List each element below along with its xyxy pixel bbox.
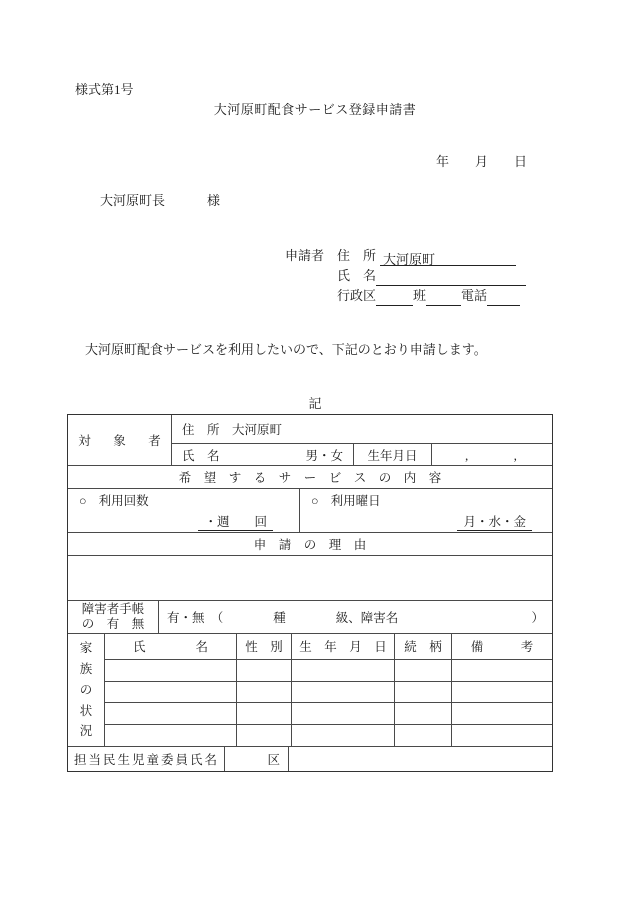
- applicant-block: 申請者住 所大河原町 氏 名 行政区班電話: [285, 246, 526, 306]
- service-header: 希 望 す る サ ー ビ ス の 内 容: [68, 466, 552, 488]
- family-relation-cell: [394, 682, 451, 703]
- service-header-row: 希 望 す る サ ー ビ ス の 内 容: [68, 465, 552, 488]
- disability-content-text: 有・無 （ 種 級、障害名: [167, 608, 398, 626]
- family-sex-cell: [236, 682, 291, 703]
- family-header-sex: 性 別: [236, 634, 291, 659]
- family-note-cell: [451, 725, 552, 746]
- district-suffix-cell: 区: [224, 747, 288, 771]
- usage-days-cell: ○利用曜日 月・水・金: [299, 489, 552, 532]
- family-note-cell: [451, 682, 552, 703]
- family-data-row: [105, 724, 552, 746]
- district-label: 行政区: [337, 288, 376, 303]
- birth-date-value-cell: , ,: [431, 444, 552, 465]
- tel-blank-line: [487, 290, 520, 306]
- family-header-birth: 生 年 月 日: [291, 634, 394, 659]
- family-birth-cell: [291, 725, 394, 746]
- address-label: 住 所: [337, 248, 376, 263]
- family-relation-cell: [394, 660, 451, 681]
- family-section: 家 族 の 状 況 氏 名 性 別 生 年 月 日 続 柄 備 考: [68, 633, 552, 746]
- name-label: 氏 名: [337, 268, 376, 283]
- disability-row: 障害者手帳 の 有 無 有・無 （ 種 級、障害名 ）: [68, 600, 552, 633]
- reason-blank-row: [68, 555, 552, 600]
- usage-row: ○利用回数 ・週 回 ○利用曜日 月・水・金: [68, 488, 552, 532]
- family-data-row: [105, 681, 552, 703]
- family-side-char: 家: [80, 642, 93, 655]
- family-header-name: 氏 名: [105, 634, 236, 659]
- family-sex-cell: [236, 703, 291, 724]
- family-side-char: 況: [80, 725, 93, 738]
- staff-blank-cell: [288, 747, 552, 771]
- staff-label-cell: 担当民生児童委員氏名: [68, 747, 224, 771]
- disability-label-cell: 障害者手帳 の 有 無: [68, 601, 158, 633]
- addressee-name: 大河原町長: [100, 193, 165, 208]
- applicant-district-row: 行政区班電話: [285, 286, 526, 306]
- applicant-label: 申請者: [285, 248, 324, 263]
- usage-count-cell: ○利用回数 ・週 回: [68, 489, 299, 532]
- form-number: 様式第1号: [75, 79, 134, 98]
- birth-date-label-cell: 生年月日: [353, 444, 431, 465]
- date-line: 年 月 日: [436, 151, 527, 170]
- address-blank-line: 大河原町: [380, 250, 516, 266]
- family-note-cell: [451, 703, 552, 724]
- family-header-note: 備 考: [451, 634, 552, 659]
- ki-heading: 記: [0, 393, 630, 412]
- family-birth-cell: [291, 682, 394, 703]
- usage-days-label: 利用曜日: [331, 494, 381, 508]
- usage-count-title: ○利用回数: [68, 491, 299, 509]
- target-person-row: 対 象 者 住 所 大河原町 氏 名 男・女 生年月日 , ,: [68, 415, 552, 465]
- target-name-cell: 氏 名 男・女: [172, 444, 353, 465]
- han-label: 班: [413, 288, 426, 303]
- tel-label: 電話: [461, 288, 487, 303]
- han-blank-line: [426, 290, 461, 306]
- target-person-label: 対 象 者: [68, 415, 171, 465]
- usage-days-title: ○利用曜日: [300, 491, 552, 509]
- family-relation-cell: [394, 703, 451, 724]
- circle-mark-icon: ○: [79, 494, 87, 508]
- disability-close-paren: ）: [531, 608, 544, 626]
- family-data-row: [105, 659, 552, 681]
- family-side-char: の: [80, 684, 93, 697]
- family-name-cell: [105, 725, 236, 746]
- family-table: 氏 名 性 別 生 年 月 日 続 柄 備 考: [104, 634, 552, 746]
- family-relation-cell: [394, 725, 451, 746]
- family-header-relation: 続 柄: [394, 634, 451, 659]
- name-blank-line: [376, 270, 526, 286]
- family-data-row: [105, 702, 552, 724]
- target-name-row: 氏 名 男・女 生年月日 , ,: [172, 443, 552, 465]
- applicant-address-row: 申請者住 所大河原町: [285, 246, 526, 266]
- usage-count-value: ・週 回: [198, 515, 273, 531]
- family-name-cell: [105, 682, 236, 703]
- family-birth-cell: [291, 703, 394, 724]
- body-sentence: 大河原町配食サービスを利用したいので、下記のとおり申請します。: [67, 339, 567, 358]
- family-side-label: 家 族 の 状 況: [68, 634, 104, 746]
- target-person-fields: 住 所 大河原町 氏 名 男・女 生年月日 , ,: [171, 415, 552, 465]
- usage-count-label: 利用回数: [99, 494, 149, 508]
- applicant-name-row: 氏 名: [285, 266, 526, 286]
- reason-header: 申 請 の 理 由: [68, 533, 552, 555]
- family-note-cell: [451, 660, 552, 681]
- usage-count-value-line: ・週 回: [68, 512, 299, 530]
- reason-blank-cell: [68, 556, 552, 600]
- usage-days-value: 月・水・金: [457, 515, 532, 531]
- district-blank-line: [376, 290, 413, 306]
- disability-label-line2: の 有 無: [82, 617, 145, 632]
- document-title: 大河原町配食サービス登録申請書: [0, 99, 630, 118]
- circle-mark-icon: ○: [311, 494, 319, 508]
- disability-label-line1: 障害者手帳: [82, 602, 145, 617]
- family-side-char: 状: [80, 705, 93, 718]
- reason-header-row: 申 請 の 理 由: [68, 532, 552, 555]
- addressee-line: 大河原町長様: [100, 190, 220, 209]
- staff-row: 担当民生児童委員氏名 区: [68, 746, 552, 771]
- target-address-cell: 住 所 大河原町: [172, 415, 552, 443]
- usage-days-value-line: 月・水・金: [300, 512, 552, 530]
- addressee-honorific: 様: [207, 193, 220, 208]
- target-name-label: 氏 名: [182, 446, 220, 464]
- family-header-row: 氏 名 性 別 生 年 月 日 続 柄 備 考: [105, 634, 552, 659]
- target-sex-options: 男・女: [305, 446, 343, 464]
- family-name-cell: [105, 660, 236, 681]
- family-birth-cell: [291, 660, 394, 681]
- application-table: 対 象 者 住 所 大河原町 氏 名 男・女 生年月日 , , 希 望 す る …: [67, 414, 553, 772]
- disability-content-cell: 有・無 （ 種 級、障害名 ）: [158, 601, 552, 633]
- family-sex-cell: [236, 725, 291, 746]
- family-name-cell: [105, 703, 236, 724]
- family-sex-cell: [236, 660, 291, 681]
- family-side-char: 族: [80, 663, 93, 676]
